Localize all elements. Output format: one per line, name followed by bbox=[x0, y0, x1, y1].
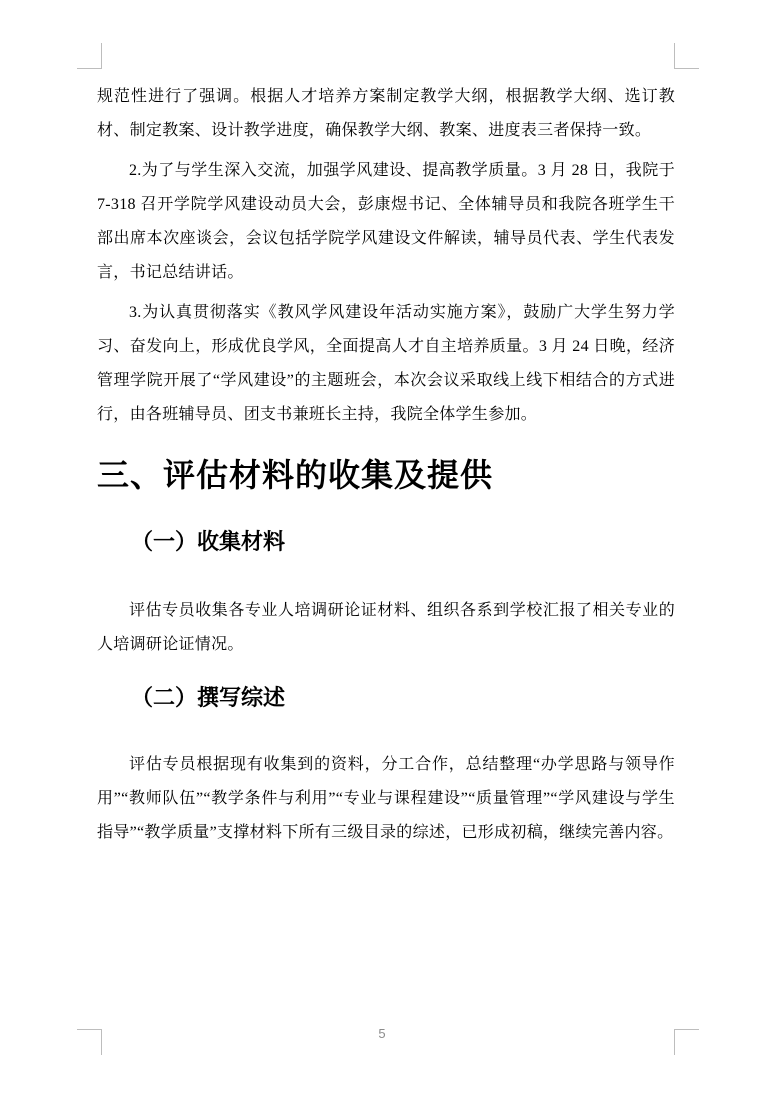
subsection-2-heading: （二）撰写综述 bbox=[97, 684, 675, 712]
document-body: 规范性进行了强调。根据人才培养方案制定教学大纲，根据教学大纲、选订教材、制定教案… bbox=[97, 80, 675, 856]
subsection-2-paragraph: 评估专员根据现有收集到的资料，分工合作，总结整理“办学思路与领导作用”“教师队伍… bbox=[97, 748, 675, 850]
crop-mark-top-right bbox=[674, 43, 699, 69]
page-number: 5 bbox=[0, 1026, 764, 1041]
paragraph-item-2: 2.为了与学生深入交流，加强学风建设、提高教学质量。3 月 28 日，我院于 7… bbox=[97, 154, 675, 290]
document-page[interactable]: 规范性进行了强调。根据人才培养方案制定教学大纲，根据教学大纲、选订教材、制定教案… bbox=[0, 0, 764, 1114]
subsection-1-paragraph: 评估专员收集各专业人培调研论证材料、组织各系到学校汇报了相关专业的人培调研论证情… bbox=[97, 594, 675, 662]
paragraph-item-3: 3.为认真贯彻落实《教风学风建设年活动实施方案》，鼓励广大学生努力学习、奋发向上… bbox=[97, 296, 675, 432]
crop-mark-top-left bbox=[77, 43, 102, 69]
paragraph-continuation: 规范性进行了强调。根据人才培养方案制定教学大纲，根据教学大纲、选订教材、制定教案… bbox=[97, 80, 675, 148]
section-heading: 三、评估材料的收集及提供 bbox=[97, 454, 675, 496]
subsection-1-heading: （一）收集材料 bbox=[97, 528, 675, 556]
